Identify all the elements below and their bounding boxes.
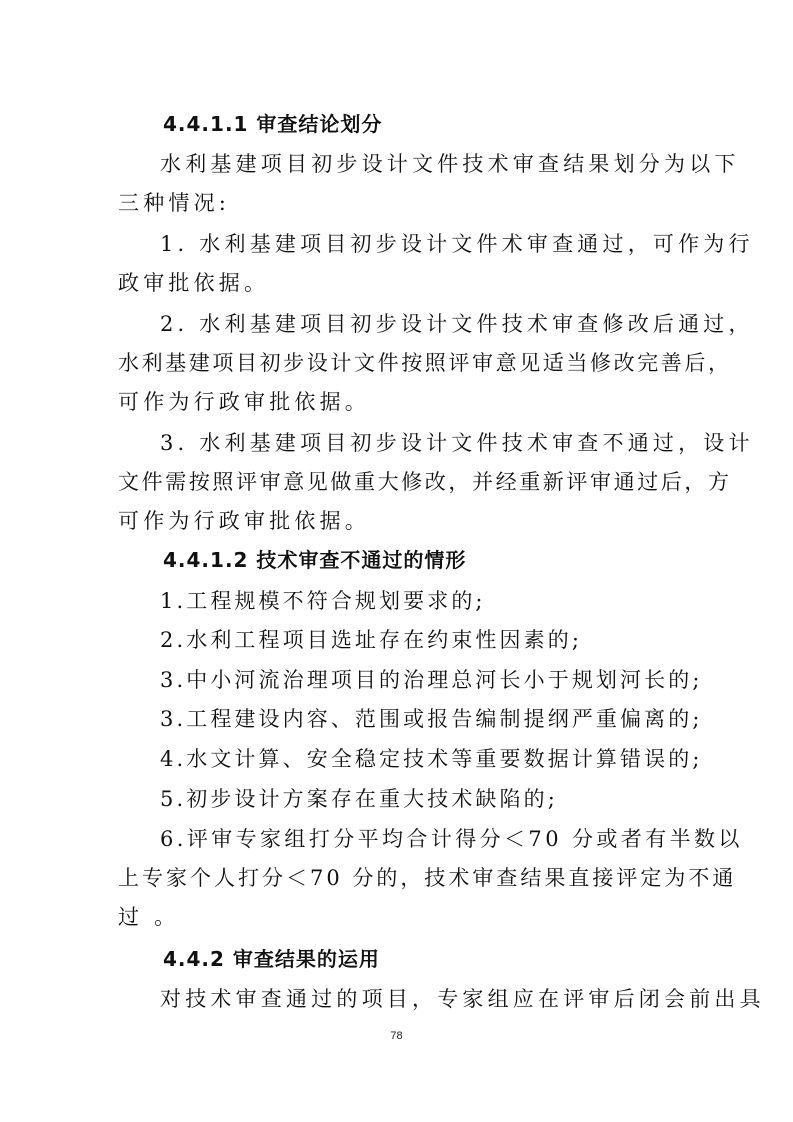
fail-condition-item: 3.工程建设内容、范围或报告编制提纲严重偏离的; xyxy=(160,706,703,732)
fail-condition-item: 3.中小河流治理项目的治理总河长小于规划河长的; xyxy=(160,667,703,693)
section-heading-4-4-1-1: 4.4.1.1 审查结论划分 xyxy=(163,111,382,137)
fail-condition-item: 2.水利工程项目选址存在约束性因素的; xyxy=(160,627,582,653)
result-item-1-cont: 政审批依据。 xyxy=(118,270,269,296)
result-item-2: 2. 水利基建项目初步设计文件技术审查修改后通过， xyxy=(160,311,754,337)
section-heading-4-4-2: 4.4.2 审查结果的运用 xyxy=(163,946,380,972)
paragraph-line: 对技术审查通过的项目，专家组应在评审后闭会前出具 xyxy=(160,986,765,1012)
fail-condition-item: 1.工程规模不符合规划要求的; xyxy=(160,588,486,614)
fail-condition-item-6: 6.评审专家组打分平均合计得分＜70 分或者有半数以 xyxy=(160,826,743,852)
fail-condition-item-6-cont: 上专家个人打分＜70 分的，技术审查结果直接评定为不通 xyxy=(118,865,736,891)
fail-condition-item: 4.水文计算、安全稳定技术等重要数据计算错误的; xyxy=(160,746,703,772)
result-item-2-cont: 可作为行政审批依据。 xyxy=(118,389,370,415)
fail-condition-item-6-cont: 过 。 xyxy=(118,904,179,930)
paragraph-line: 水利基建项目初步设计文件技术审查结果划分为以下 xyxy=(160,151,740,177)
result-item-1: 1. 水利基建项目初步设计文件术审查通过，可作为行 xyxy=(160,231,754,257)
result-item-2-cont: 水利基建项目初步设计文件按照评审意见适当修改完善后， xyxy=(118,350,732,376)
result-item-3-cont: 文件需按照评审意见做重大修改，并经重新评审通过后，方 xyxy=(118,469,732,495)
result-item-3: 3. 水利基建项目初步设计文件技术审查不通过，设计 xyxy=(160,430,754,456)
paragraph-line: 三种情况: xyxy=(118,190,230,216)
section-heading-4-4-1-2: 4.4.1.2 技术审查不通过的情形 xyxy=(163,547,466,573)
page-number: 78 xyxy=(0,1030,793,1042)
fail-condition-item: 5.初步设计方案存在重大技术缺陷的; xyxy=(160,786,558,812)
result-item-3-cont: 可作为行政审批依据。 xyxy=(118,508,370,534)
